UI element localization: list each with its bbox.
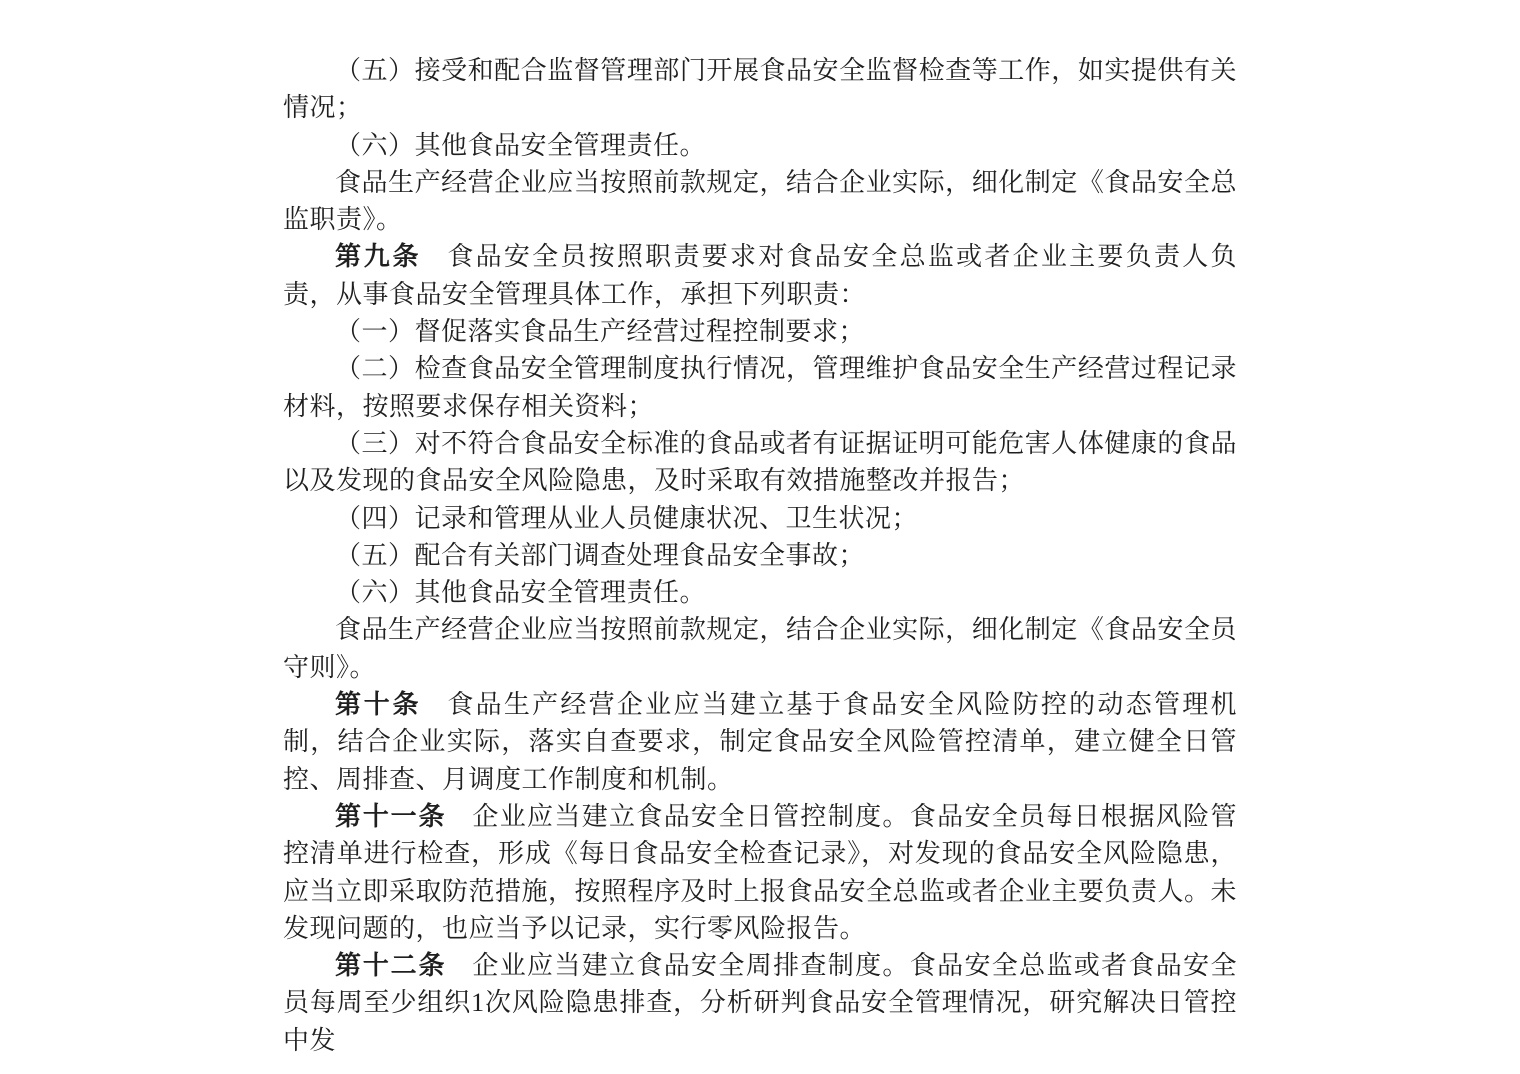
article-number: 第十条 bbox=[335, 690, 421, 719]
document-text-body: （五）接受和配合监督管理部门开展食品安全监督检查等工作，如实提供有关情况； （六… bbox=[283, 52, 1237, 1059]
article-number: 第十一条 bbox=[335, 802, 446, 831]
paragraph: （六）其他食品安全管理责任。 bbox=[283, 127, 1237, 164]
paragraph: （一）督促落实食品生产经营过程控制要求； bbox=[283, 313, 1237, 350]
paragraph-text: （六）其他食品安全管理责任。 bbox=[335, 578, 706, 607]
paragraph-article-11: 第十一条企业应当建立食品安全日管控制度。食品安全员每日根据风险管控清单进行检查，… bbox=[283, 798, 1237, 947]
paragraph-article-10: 第十条食品生产经营企业应当建立基于食品安全风险防控的动态管理机制，结合企业实际，… bbox=[283, 686, 1237, 798]
paragraph-text: （二）检查食品安全管理制度执行情况，管理维护食品安全生产经营过程记录材料，按照要… bbox=[283, 354, 1237, 420]
paragraph-text: （一）督促落实食品生产经营过程控制要求； bbox=[335, 317, 865, 346]
paragraph-text: （三）对不符合食品安全标准的食品或者有证据证明可能危害人体健康的食品以及发现的食… bbox=[283, 429, 1237, 495]
paragraph-article-9: 第九条食品安全员按照职责要求对食品安全总监或者企业主要负责人负责，从事食品安全管… bbox=[283, 238, 1237, 313]
paragraph: （二）检查食品安全管理制度执行情况，管理维护食品安全生产经营过程记录材料，按照要… bbox=[283, 350, 1237, 425]
paragraph: （四）记录和管理从业人员健康状况、卫生状况； bbox=[283, 500, 1237, 537]
paragraph-text: 食品生产经营企业应当建立基于食品安全风险防控的动态管理机制，结合企业实际，落实自… bbox=[283, 690, 1237, 794]
paragraph-text: （五）接受和配合监督管理部门开展食品安全监督检查等工作，如实提供有关情况； bbox=[283, 56, 1237, 122]
document-page: （五）接受和配合监督管理部门开展食品安全监督检查等工作，如实提供有关情况； （六… bbox=[0, 0, 1520, 1074]
paragraph-text: 食品生产经营企业应当按照前款规定，结合企业实际，细化制定《食品安全总监职责》。 bbox=[283, 168, 1237, 234]
article-number: 第十二条 bbox=[335, 951, 446, 980]
paragraph: （三）对不符合食品安全标准的食品或者有证据证明可能危害人体健康的食品以及发现的食… bbox=[283, 425, 1237, 500]
paragraph: （六）其他食品安全管理责任。 bbox=[283, 574, 1237, 611]
paragraph-text: （五）配合有关部门调查处理食品安全事故； bbox=[335, 541, 865, 570]
paragraph-article-12: 第十二条企业应当建立食品安全周排查制度。食品安全总监或者食品安全员每周至少组织1… bbox=[283, 947, 1237, 1059]
paragraph-text: 食品安全员按照职责要求对食品安全总监或者企业主要负责人负责，从事食品安全管理具体… bbox=[283, 242, 1237, 308]
article-number: 第九条 bbox=[335, 242, 421, 271]
paragraph: （五）接受和配合监督管理部门开展食品安全监督检查等工作，如实提供有关情况； bbox=[283, 52, 1237, 127]
paragraph-text: （四）记录和管理从业人员健康状况、卫生状况； bbox=[335, 504, 918, 533]
paragraph: 食品生产经营企业应当按照前款规定，结合企业实际，细化制定《食品安全员守则》。 bbox=[283, 611, 1237, 686]
paragraph-text: 食品生产经营企业应当按照前款规定，结合企业实际，细化制定《食品安全员守则》。 bbox=[283, 615, 1237, 681]
paragraph-text: （六）其他食品安全管理责任。 bbox=[335, 131, 706, 160]
paragraph: （五）配合有关部门调查处理食品安全事故； bbox=[283, 537, 1237, 574]
paragraph: 食品生产经营企业应当按照前款规定，结合企业实际，细化制定《食品安全总监职责》。 bbox=[283, 164, 1237, 239]
